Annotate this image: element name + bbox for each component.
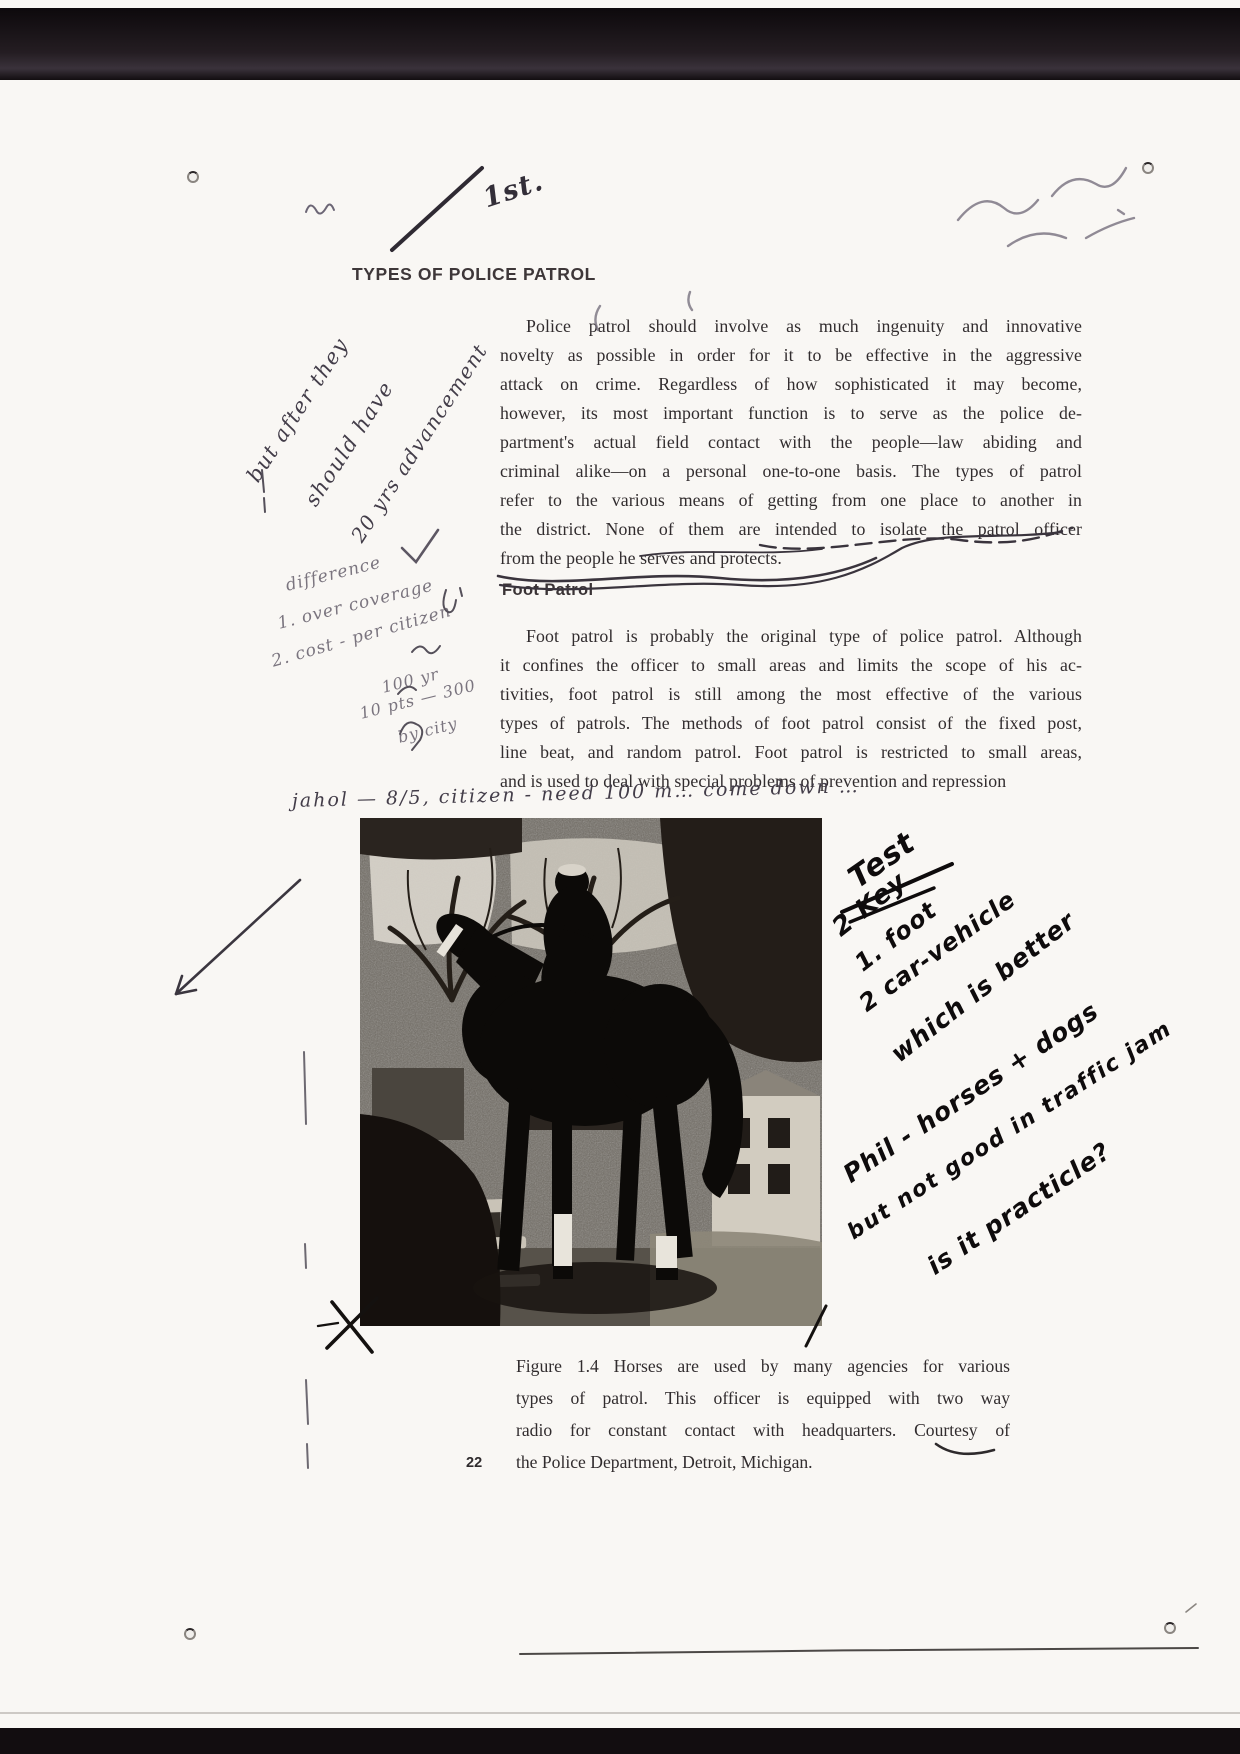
figure-caption: Figure 1.4 Horses are used by many agenc… bbox=[516, 1350, 1010, 1478]
pencil-scrawl-top-right bbox=[595, 168, 1134, 330]
scanned-book-page: TYPES OF POLICE PATROL Police patrol sho… bbox=[0, 0, 1240, 1754]
body-line: novelty as possible in order for it to b… bbox=[500, 341, 1082, 370]
body-line: however, its most important function is … bbox=[500, 399, 1082, 428]
handwritten-note-first: 1st. bbox=[479, 166, 547, 215]
pen-diagonal-arrow bbox=[176, 880, 300, 994]
paragraph-foot-patrol: Foot patrol is probably the original typ… bbox=[500, 622, 1082, 796]
body-line: from the people he serves and protects. bbox=[500, 544, 1082, 573]
binder-ring-bottom-right bbox=[1164, 1622, 1176, 1634]
body-line: the district. None of them are intended … bbox=[500, 515, 1082, 544]
page-number: 22 bbox=[466, 1455, 482, 1471]
page-title: TYPES OF POLICE PATROL bbox=[352, 264, 596, 285]
binder-ring-top-left bbox=[187, 171, 199, 183]
pen-slash-mark bbox=[392, 168, 482, 250]
scanner-line-bottom bbox=[0, 1712, 1240, 1714]
body-line: it confines the officer to small areas a… bbox=[500, 651, 1082, 680]
body-line: tivities, foot patrol is still among the… bbox=[500, 680, 1082, 709]
body-line: criminal alike—on a personal one-to-one … bbox=[500, 457, 1082, 486]
pencil-squiggle bbox=[306, 204, 334, 213]
caption-line: Figure 1.4 Horses are used by many agenc… bbox=[516, 1350, 1010, 1382]
body-line: line beat, and random patrol. Foot patro… bbox=[500, 738, 1082, 767]
body-line: attack on crime. Regardless of how sophi… bbox=[500, 370, 1082, 399]
scan-speck bbox=[1186, 1604, 1196, 1612]
binder-ring-top-right bbox=[1142, 162, 1154, 174]
officer-cap-top bbox=[558, 864, 586, 876]
caption-line: radio for constant contact with headquar… bbox=[516, 1414, 1010, 1446]
binder-ring-bottom-left bbox=[184, 1628, 196, 1640]
body-line: Foot patrol is probably the original typ… bbox=[500, 622, 1082, 651]
scanner-edge-top bbox=[0, 8, 1240, 80]
body-line: Police patrol should involve as much ing… bbox=[500, 312, 1082, 341]
handwritten-diagonal-3: 20 yrs advancement bbox=[346, 339, 492, 547]
pencil-margin-note-1: difference bbox=[284, 553, 384, 596]
pencil-margin-note-6: by city bbox=[396, 714, 460, 747]
body-line: partment's actual field contact with the… bbox=[500, 428, 1082, 457]
pencil-vertical-dashes bbox=[304, 1052, 308, 1468]
horse-patrol-photo bbox=[360, 818, 822, 1326]
body-line: refer to the various means of getting fr… bbox=[500, 486, 1082, 515]
pencil-check-mark bbox=[402, 530, 438, 562]
caption-line: types of patrol. This officer is equippe… bbox=[516, 1382, 1010, 1414]
scanner-edge-bottom bbox=[0, 1728, 1240, 1754]
scan-hairline bbox=[520, 1648, 1198, 1654]
paragraph-police-patrol: Police patrol should involve as much ing… bbox=[500, 312, 1082, 573]
section-heading: Foot Patrol bbox=[502, 581, 593, 600]
body-line: types of patrols. The methods of foot pa… bbox=[500, 709, 1082, 738]
caption-line: the Police Department, Detroit, Michigan… bbox=[516, 1446, 1010, 1478]
